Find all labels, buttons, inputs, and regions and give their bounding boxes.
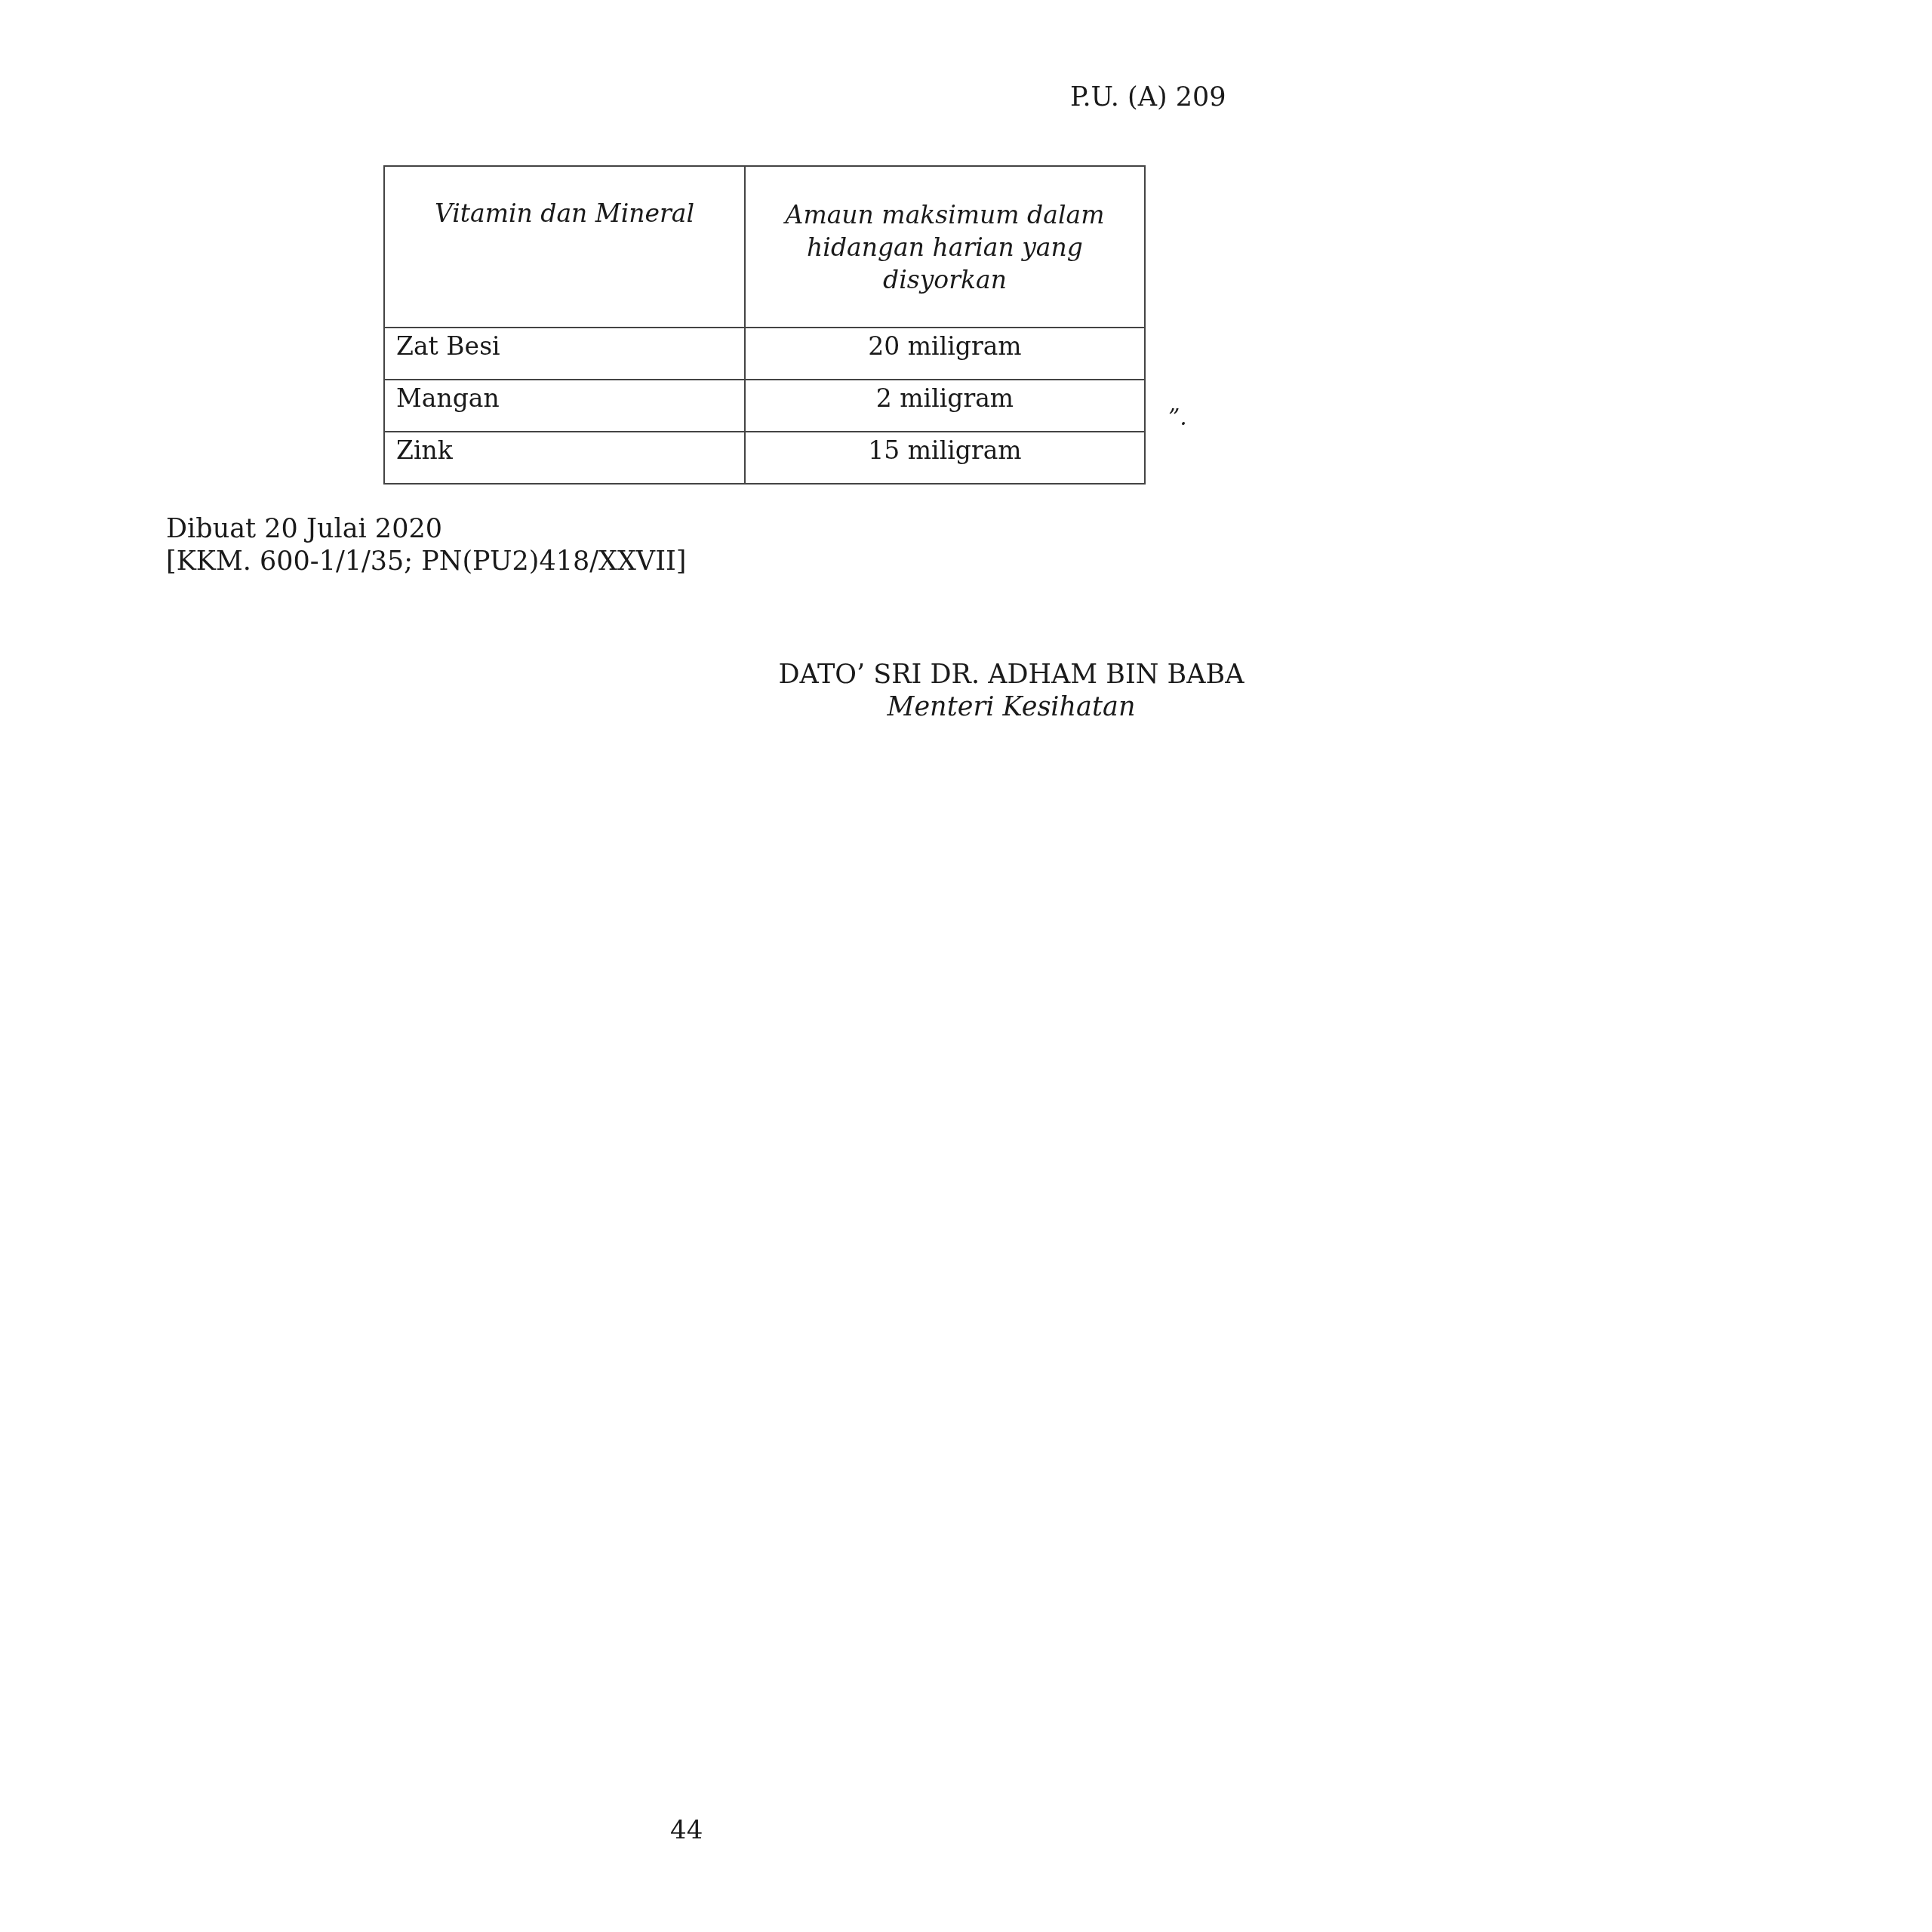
page-number: 44 (670, 1815, 703, 1845)
row-max-amount: 2 miligram (745, 380, 1145, 432)
row-max-amount: 15 miligram (745, 432, 1145, 484)
row-mineral-name: Zink (384, 432, 745, 484)
row-mineral-name: Zat Besi (384, 328, 745, 380)
signature-block: DATO’ SRI DR. ADHAM BIN BABA Menteri Kes… (770, 659, 1253, 724)
vitamin-mineral-table: Vitamin dan Mineral Amaun maksimum dalam… (383, 165, 1146, 485)
row-max-amount: 20 miligram (745, 328, 1145, 380)
made-date: Dibuat 20 Julai 2020 (166, 513, 442, 546)
signatory-title: Menteri Kesihatan (770, 691, 1253, 724)
table-row: Zat Besi 20 miligram (384, 328, 1145, 380)
signatory-name: DATO’ SRI DR. ADHAM BIN BABA (770, 659, 1253, 691)
column-header-vitamin-mineral: Vitamin dan Mineral (384, 166, 745, 328)
table-header-row: Vitamin dan Mineral Amaun maksimum dalam… (384, 166, 1145, 328)
table-row: Zink 15 miligram (384, 432, 1145, 484)
row-mineral-name: Mangan (384, 380, 745, 432)
column-header-max-amount-line1: Amaun maksimum dalam (786, 200, 1105, 229)
reference-code: [KKM. 600-1/1/35; PN(PU2)418/XXVII] (166, 546, 686, 578)
document-reference-header: P.U. (A) 209 (1070, 82, 1226, 114)
column-header-max-amount: Amaun maksimum dalam hidangan harian yan… (745, 166, 1145, 328)
table-row: Mangan 2 miligram (384, 380, 1145, 432)
closing-quote-mark: ”. (1168, 405, 1187, 431)
column-header-max-amount-line2: hidangan harian yang disyorkan (807, 232, 1083, 294)
